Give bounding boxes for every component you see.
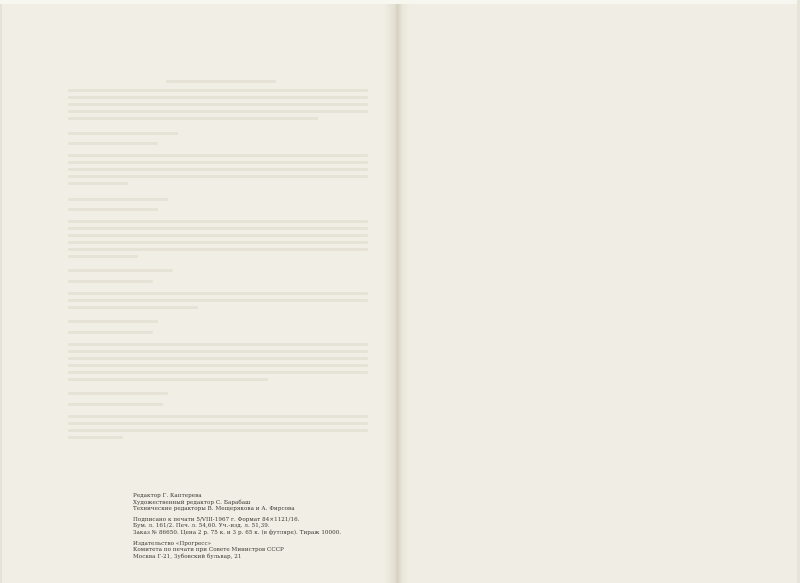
right-page (396, 0, 800, 583)
colophon: Редактор Г. Каптерева Художественный ред… (133, 493, 393, 560)
top-edge (0, 0, 800, 4)
publisher-address: Москва Г-21, Зубовский бульвар, 21 (133, 554, 393, 561)
editor-credit: Редактор Г. Каптерева (133, 493, 393, 500)
publisher-name: Издательство «Прогресс» (133, 541, 393, 548)
order-price-run: Заказ № 86650. Цена 2 р. 75 к. и 3 р. 65… (133, 530, 393, 537)
publisher-committee: Комитета по печати при Совете Министров … (133, 547, 393, 554)
sheets-info: Бум. л. 161/2. Печ. л. 54,60. Уч.-изд. л… (133, 523, 393, 530)
bleed-through-text (68, 80, 368, 450)
print-date-format: Подписано к печати 5/VIII-1967 г. Формат… (133, 517, 393, 524)
technical-editors-credit: Технические редакторы В. Мещерякова и А.… (133, 506, 393, 513)
book-gutter (384, 0, 410, 583)
book-spread: Редактор Г. Каптерева Художественный ред… (0, 0, 800, 583)
left-page: Редактор Г. Каптерева Художественный ред… (0, 0, 396, 583)
art-editor-credit: Художественный редактор С. Барабаш (133, 500, 393, 507)
